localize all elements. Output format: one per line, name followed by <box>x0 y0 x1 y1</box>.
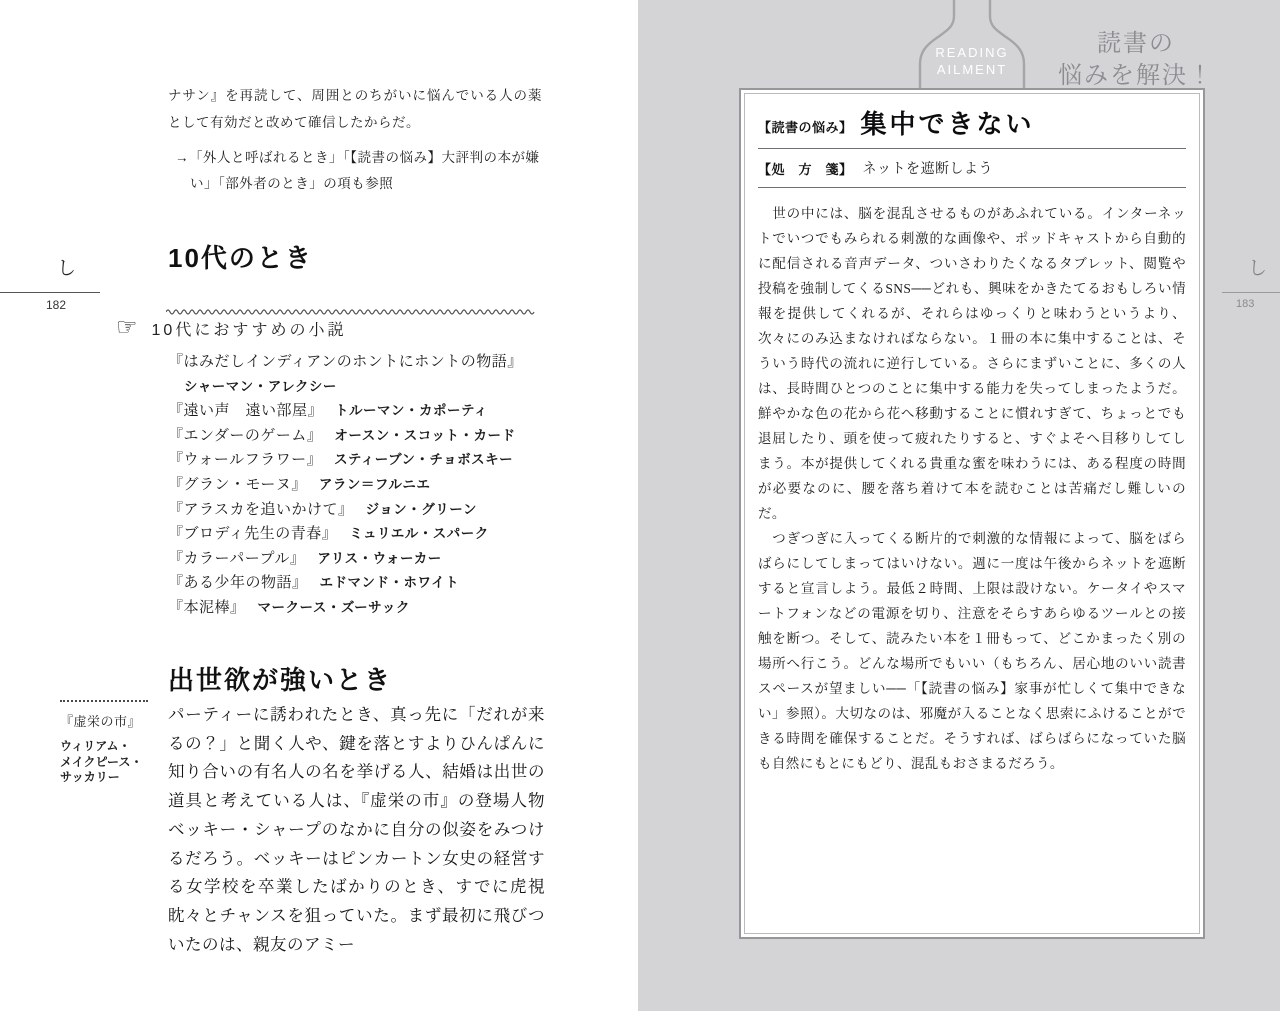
section-heading-teens: 10代のとき <box>168 238 313 275</box>
prescription-text: ネットを遮断しよう <box>863 158 994 178</box>
author-line: ウィリアム・ <box>60 739 160 755</box>
header-rule <box>758 148 1186 149</box>
index-character: し <box>1248 253 1267 280</box>
book-author: スティーブン・チョボスキー <box>334 452 513 467</box>
book-title: 『ウォールフラワー』 <box>168 451 322 468</box>
author-line: メイクピース・ <box>60 755 160 771</box>
tab-divider-line <box>0 292 100 293</box>
prescription-row: 【処 方 箋】 ネットを遮断しよう <box>758 158 1186 178</box>
prescription-rule <box>758 187 1186 188</box>
book-title: 『ブロディ先生の青春』 <box>168 525 337 542</box>
book-author: ミュリエル・スパーク <box>349 526 488 541</box>
margin-book-title: 『虚栄の市』 <box>60 711 160 730</box>
page-number-left: 182 <box>46 298 66 312</box>
page-number-right: 183 <box>1236 298 1254 310</box>
list-item: 『はみだしインディアンのホントにホントの物語』 シャーマン・アレクシー <box>168 350 544 399</box>
wavy-divider <box>166 306 538 316</box>
pointing-hand-icon: ☞ <box>116 316 138 340</box>
index-character: し <box>57 253 76 280</box>
book-title: 『エンダーのゲーム』 <box>168 427 322 444</box>
book-title: 『ある少年の物語』 <box>168 574 308 591</box>
badge-line: READING <box>914 44 1030 61</box>
margin-book-author: ウィリアム・ メイクピース・ サッカリー <box>60 739 160 786</box>
page-right: READING AILMENT 読書の 悩みを解決！ し 183 【読書の悩み】… <box>638 0 1280 1011</box>
book-author: オースン・スコット・カード <box>334 428 515 443</box>
list-item: 『カラーパープル』アリス・ウォーカー <box>168 547 544 572</box>
list-item: 『遠い声 遠い部屋』トルーマン・カポーティ <box>168 399 544 424</box>
ailment-box: 【読書の悩み】 集中できない 【処 方 箋】 ネットを遮断しよう 世の中には、脳… <box>739 88 1205 939</box>
page-left: ナサン』を再読して、周囲とのちがいに悩んでいる人の薬として有効だと改めて確信した… <box>0 0 638 1011</box>
book-title: 『カラーパープル』 <box>168 550 305 567</box>
book-author: マークース・ズーサック <box>258 600 410 615</box>
ailment-label: 【読書の悩み】 <box>758 117 853 141</box>
list-item: 『グラン・モーヌ』アラン＝フルニエ <box>168 473 544 498</box>
cross-reference: →「外人と呼ばれるとき」「【読書の悩み】大評判の本が嫌い」「部外者のとき」の項も… <box>175 145 552 197</box>
ailment-box-inner: 【読書の悩み】 集中できない 【処 方 箋】 ネットを遮断しよう 世の中には、脳… <box>744 93 1200 934</box>
list-item: 『ある少年の物語』エドマンド・ホワイト <box>168 571 544 596</box>
slogan-line: 読書の <box>1046 28 1226 60</box>
recommendation-label: 10代におすすめの小説 <box>152 317 347 340</box>
recommendation-row: ☞ 10代におすすめの小説 <box>116 316 346 340</box>
book-title: 『本泥棒』 <box>168 599 246 616</box>
book-spread: ナサン』を再読して、周囲とのちがいに悩んでいる人の薬として有効だと改めて確信した… <box>0 0 1280 1011</box>
body-paragraph: 世の中には、脳を混乱させるものがあふれている。インターネットでいつでもみられる刺… <box>758 201 1186 526</box>
intro-paragraph: ナサン』を再読して、周囲とのちがいに悩んでいる人の薬として有効だと改めて確信した… <box>168 82 542 136</box>
book-author: トルーマン・カポーティ <box>335 403 488 418</box>
list-item: 『アラスカを追いかけて』ジョン・グリーン <box>168 498 544 523</box>
book-author: ジョン・グリーン <box>366 502 477 517</box>
ambition-body-paragraph: パーティーに誘われたとき、真っ先に「だれが来るの？」と聞く人や、鍵を落とすよりひ… <box>168 701 545 959</box>
body-paragraph: つぎつぎに入ってくる断片的で刺激的な情報によって、脳をばらばらにしてしまってはい… <box>758 526 1186 776</box>
list-item: 『本泥棒』マークース・ズーサック <box>168 596 544 621</box>
badge-line: AILMENT <box>914 61 1030 78</box>
reading-ailment-badge: READING AILMENT <box>914 44 1030 78</box>
list-item: 『ブロディ先生の青春』ミュリエル・スパーク <box>168 522 544 547</box>
ailment-body: 世の中には、脳を混乱させるものがあふれている。インターネットでいつでもみられる刺… <box>758 201 1186 776</box>
book-author: アラン＝フルニエ <box>319 477 430 492</box>
book-author: シャーマン・アレクシー <box>168 375 544 400</box>
book-author: エドマンド・ホワイト <box>320 575 460 590</box>
author-line: サッカリー <box>60 770 160 786</box>
ailment-title: 集中できない <box>861 104 1035 141</box>
book-title: 『遠い声 遠い部屋』 <box>168 402 323 419</box>
book-title: 『はみだしインディアンのホントにホントの物語』 <box>168 353 523 370</box>
dotted-divider <box>60 700 148 702</box>
book-title: 『グラン・モーヌ』 <box>168 476 307 493</box>
list-item: 『エンダーのゲーム』オースン・スコット・カード <box>168 424 544 449</box>
book-author: アリス・ウォーカー <box>317 551 441 566</box>
series-slogan: 読書の 悩みを解決！ <box>1046 28 1226 92</box>
book-list: 『はみだしインディアンのホントにホントの物語』 シャーマン・アレクシー 『遠い声… <box>168 350 544 621</box>
tab-divider-line <box>1222 292 1280 293</box>
margin-note: 『虚栄の市』 ウィリアム・ メイクピース・ サッカリー <box>60 700 160 786</box>
ailment-header: 【読書の悩み】 集中できない <box>758 104 1186 141</box>
prescription-label: 【処 方 箋】 <box>758 159 853 178</box>
list-item: 『ウォールフラワー』スティーブン・チョボスキー <box>168 448 544 473</box>
section-heading-ambition: 出世欲が強いとき <box>168 660 392 697</box>
book-title: 『アラスカを追いかけて』 <box>168 501 354 518</box>
